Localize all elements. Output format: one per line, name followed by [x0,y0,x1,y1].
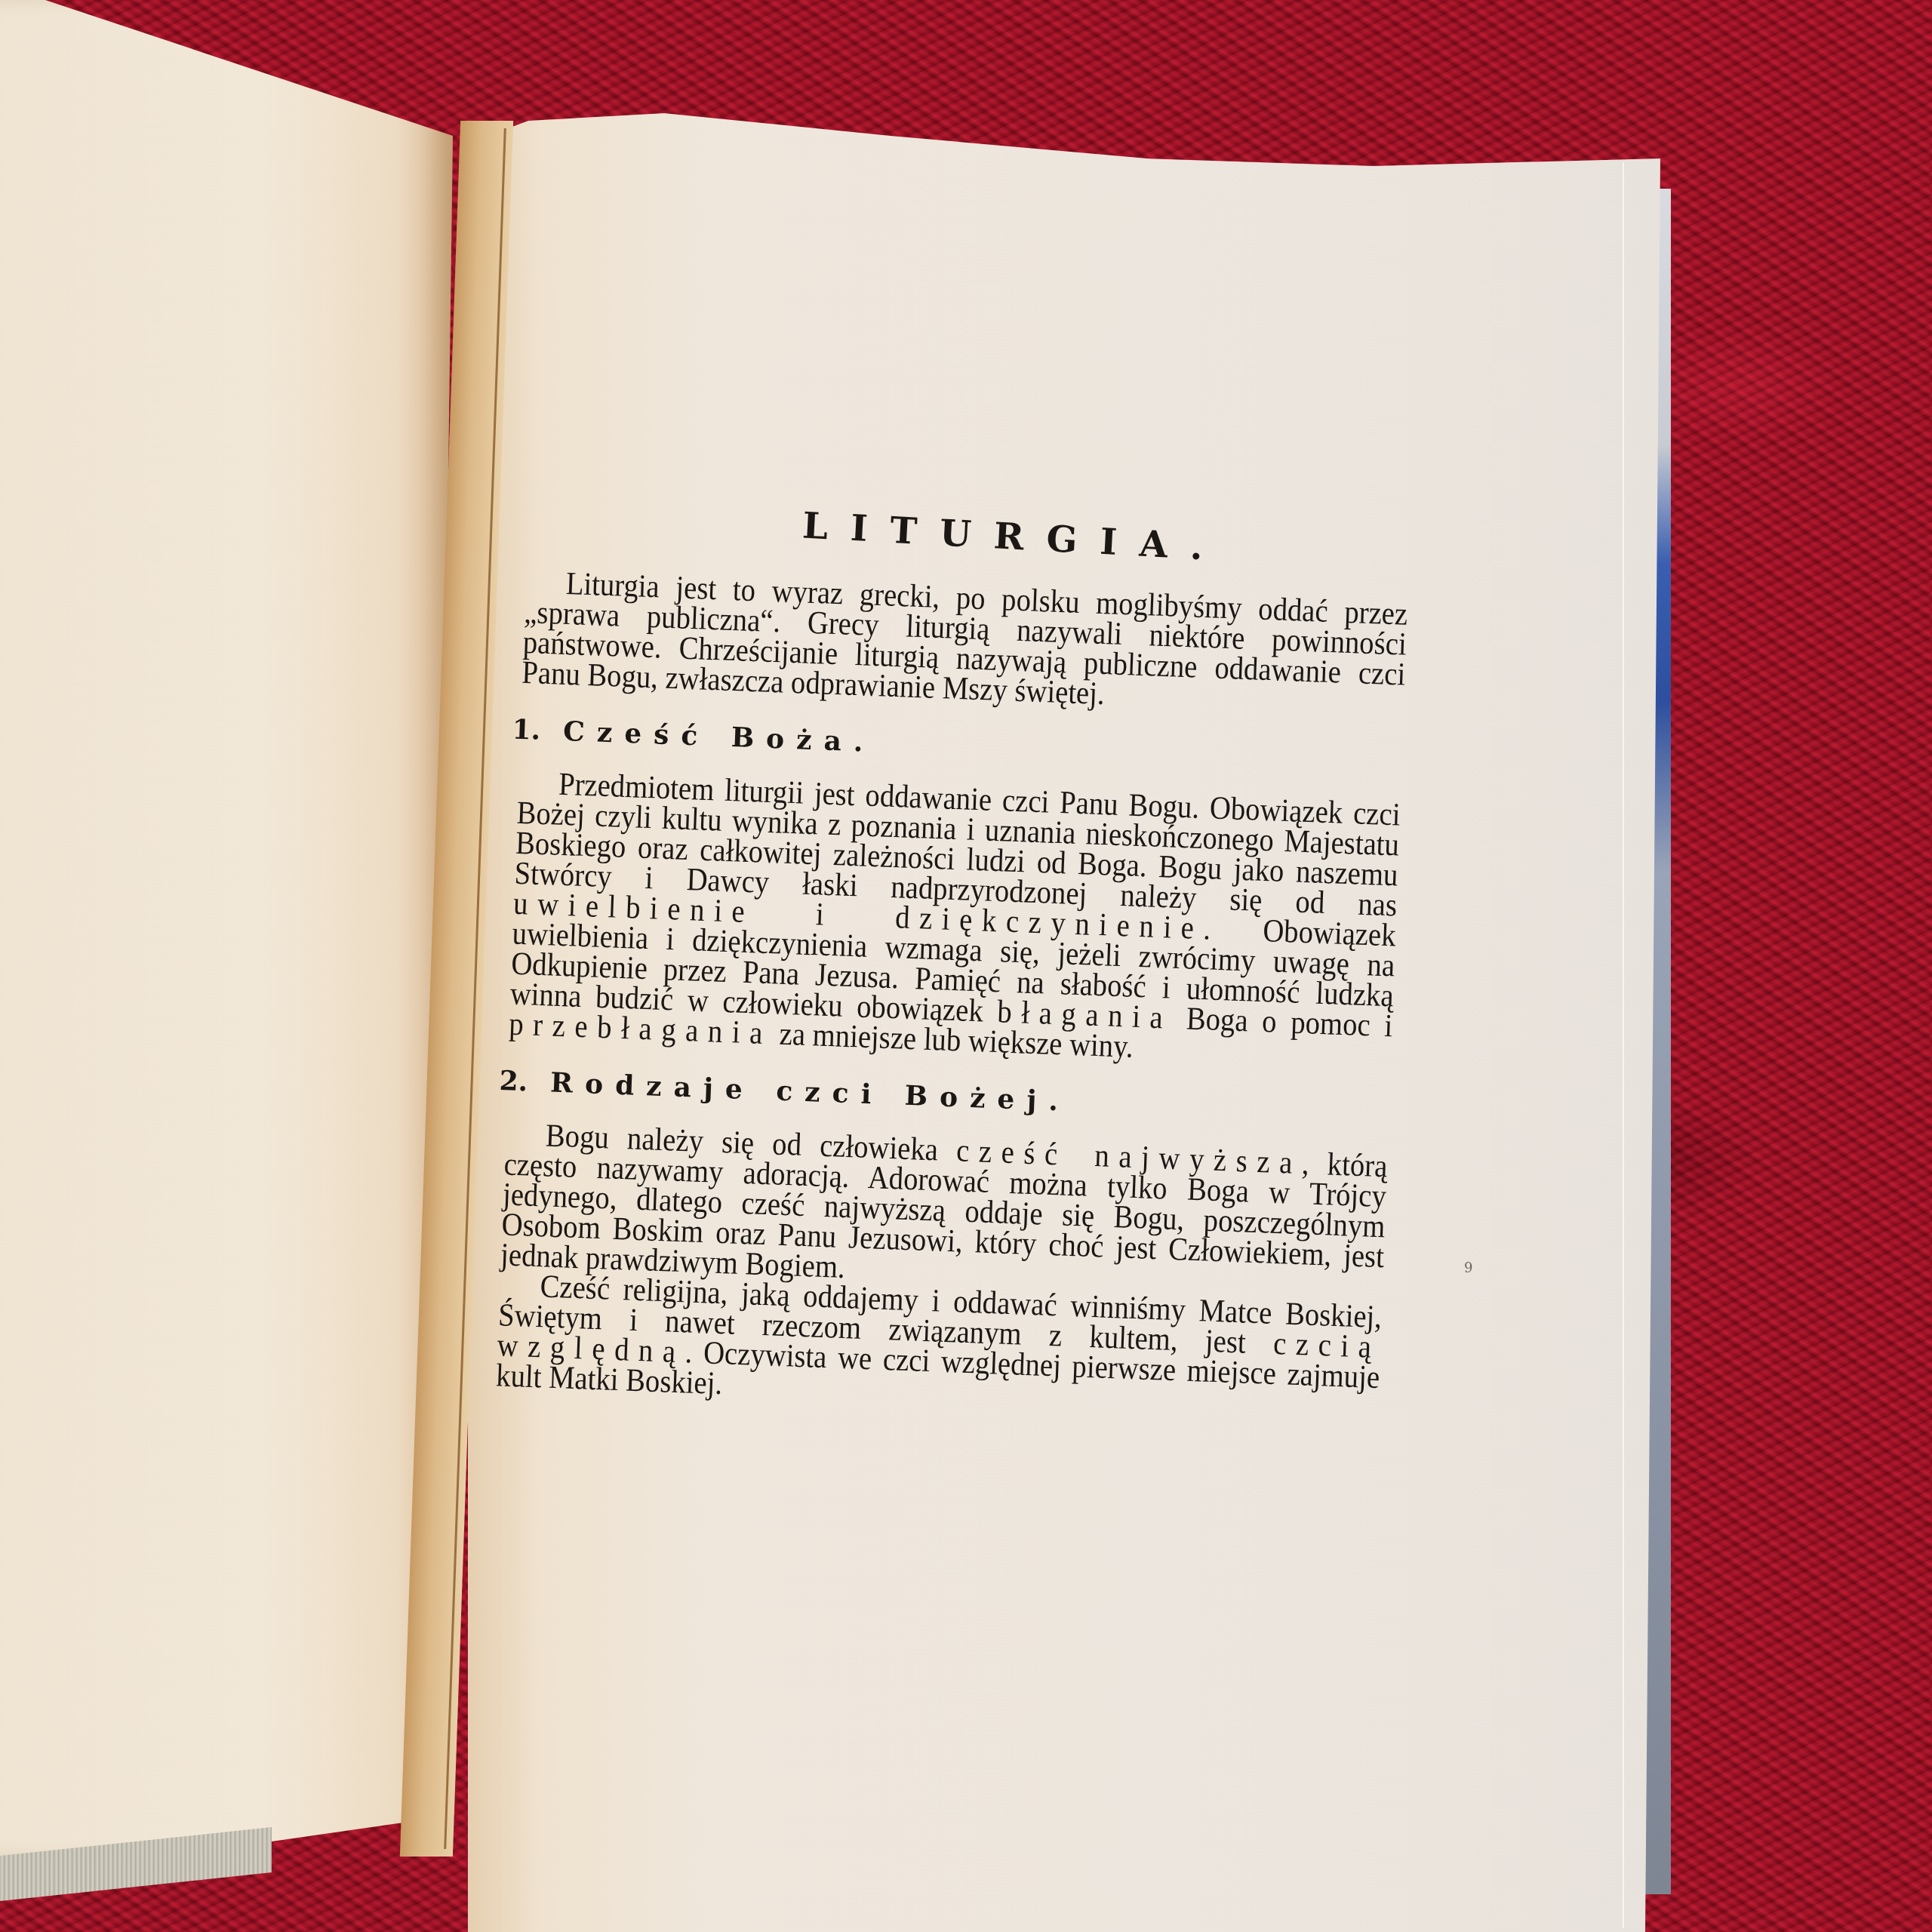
section-heading: 1.Cześć Boża. [512,713,1426,778]
section-paragraph: Przedmiotem liturgii jest oddawanie czci… [509,768,1401,1072]
intro-paragraph: Liturgia jest to wyraz grecki, po polsku… [521,568,1408,721]
section-heading: 2.Rodzaje czci Bożej. [499,1065,1413,1130]
section-1: 1.Cześć Boża. Przedmiotem liturgii jest … [509,714,1426,1073]
page-mark: 9 [1464,1260,1472,1276]
section-2: 2.Rodzaje czci Bożej. Bogu należy się od… [496,1065,1413,1424]
section-title: Cześć Boża. [563,715,876,758]
left-blank-page [0,0,453,1864]
section-number: 2. [499,1065,528,1097]
page-text-block: LITURGIA. Liturgia jest to wyraz grecki,… [496,498,1434,1424]
paragraph-text: Boga o pomoc i [1171,1001,1393,1044]
page-stack-edge [1623,162,1624,1928]
intro-paragraph-text: Liturgia jest to wyraz grecki, po polsku… [521,566,1408,712]
section-title: Rodzaje czci Bożej. [549,1067,1070,1118]
section-number: 1. [512,713,541,746]
